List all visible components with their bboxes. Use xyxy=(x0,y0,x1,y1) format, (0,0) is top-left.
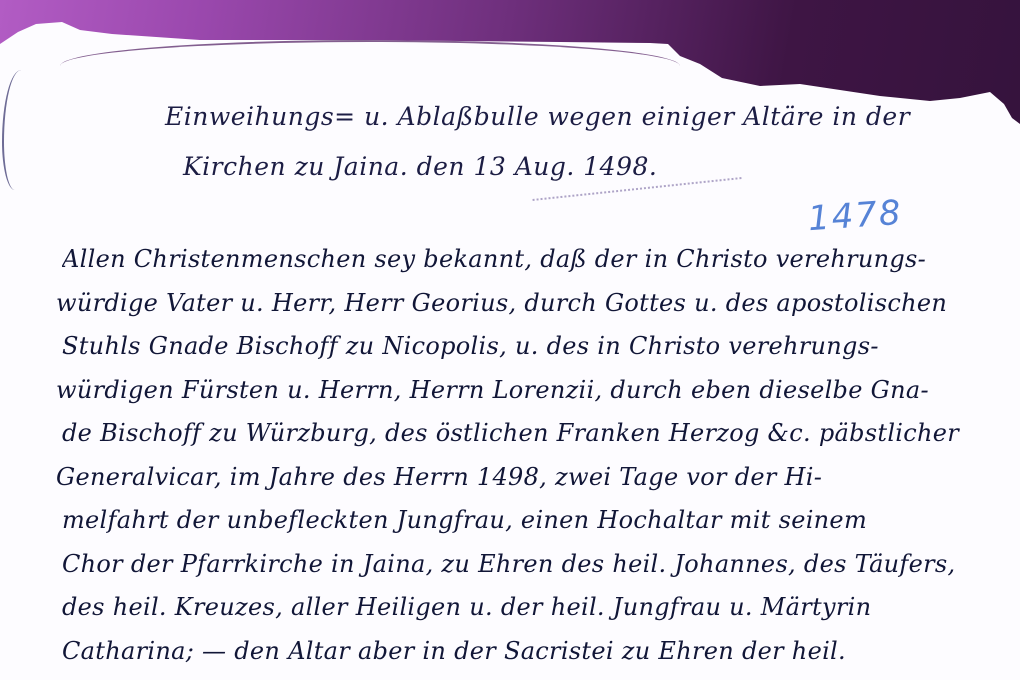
body-line: de Bischoff zu Würzburg, des östlichen F… xyxy=(62,412,1007,456)
body-line: melfahrt der unbefleckten Jungfrau, eine… xyxy=(62,499,1007,543)
body-line: würdige Vater u. Herr, Herr Georius, dur… xyxy=(56,282,1007,326)
document-body: Allen Christenmenschen sey bekannt, daß … xyxy=(62,238,1007,673)
archive-number-stamp: 1478 xyxy=(807,193,904,239)
body-line: Chor der Pfarrkirche in Jaina, zu Ehren … xyxy=(62,543,1007,587)
body-line: Allen Christenmenschen sey bekannt, daß … xyxy=(62,238,1007,282)
document-paper: Einweihungs= u. Ablaßbulle wegen einiger… xyxy=(0,0,1020,680)
body-line: würdigen Fürsten u. Herrn, Herrn Lorenzi… xyxy=(56,369,1007,413)
title-line: Einweihungs= u. Ablaßbulle wegen einiger… xyxy=(165,92,1005,142)
body-line: Stuhls Gnade Bischoff zu Nicopolis, u. d… xyxy=(62,325,1007,369)
body-line: Generalvicar, im Jahre des Herrn 1498, z… xyxy=(56,456,1007,500)
body-line: Catharina; — den Altar aber in der Sacri… xyxy=(62,630,1007,674)
title-line: Kirchen zu Jaina. den 13 Aug. 1498. xyxy=(183,142,1005,192)
torn-paper-edge xyxy=(60,40,680,66)
body-line: des heil. Kreuzes, aller Heiligen u. der… xyxy=(62,586,1007,630)
paper-curl xyxy=(2,70,34,190)
document-title: Einweihungs= u. Ablaßbulle wegen einiger… xyxy=(165,92,1005,192)
